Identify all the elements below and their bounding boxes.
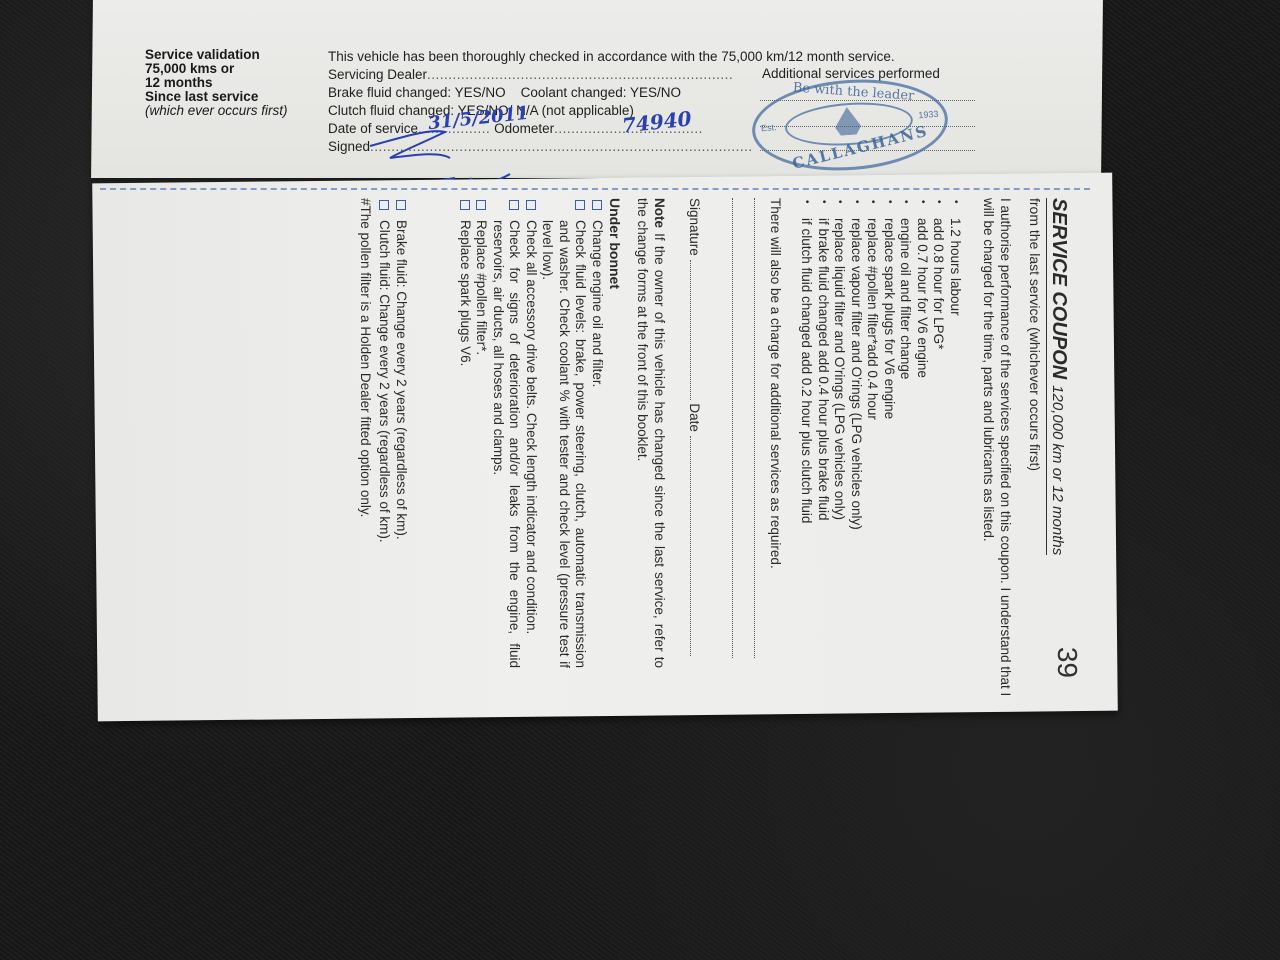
heading-line: 75,000 kms or xyxy=(145,62,288,76)
under-bonnet-heading: Under bonnet xyxy=(607,198,624,289)
list-item: replace liquid filter and O'rings (LPG v… xyxy=(831,198,848,530)
list-item: replace spark plugs for V6 engine xyxy=(881,198,898,530)
validation-intro: This vehicle has been thoroughly checked… xyxy=(328,48,978,66)
heading-line: Since last service xyxy=(145,90,288,104)
checklist-text: Check for signs of deterioration and/or … xyxy=(491,220,523,668)
checklist-item: Check fluid levels: brake, power steerin… xyxy=(539,198,589,668)
checklist-text: Clutch fluid: Change every 2 years (rega… xyxy=(378,220,393,543)
checkbox[interactable] xyxy=(592,200,602,210)
under-bonnet-checklist: Change engine oil and filter. Check flui… xyxy=(457,198,606,668)
heading-line: 12 months xyxy=(145,76,288,90)
list-item: replace vapour filter and O'rings (LPG v… xyxy=(848,198,865,530)
signature-label: Signature xyxy=(687,198,702,256)
checkbox[interactable] xyxy=(380,200,390,210)
additional-services-label: Additional services performed xyxy=(762,66,940,81)
checklist-text: Brake fluid: Change every 2 years (regar… xyxy=(394,220,409,540)
heading-line: Service validation xyxy=(145,48,288,62)
list-item: if brake fluid changed add 0.4 hour plus… xyxy=(815,198,832,530)
signature-date-row: Signature Date xyxy=(686,198,704,658)
service-validation-heading: Service validation 75,000 kms or 12 mont… xyxy=(145,48,288,118)
list-item: replace #pollen filter*add 0.4 hour xyxy=(864,198,881,530)
checklist-item: Replace #pollen filter*. xyxy=(473,198,490,668)
checklist-item: Check for signs of deterioration and/or … xyxy=(490,198,523,668)
checklist-item: Change engine oil and filter. xyxy=(589,198,606,668)
checklist-item: Check all accessory drive belts. Check l… xyxy=(523,198,540,668)
checkbox[interactable] xyxy=(396,200,406,210)
checklist-text: Change engine oil and filter. xyxy=(590,220,605,387)
stamp-slogan: Be with the leader xyxy=(792,80,914,103)
fluid-schedule-list: Brake fluid: Change every 2 years (regar… xyxy=(376,198,409,543)
checkbox[interactable] xyxy=(526,200,536,210)
labour-list: 1.2 hours labour add 0.8 hour for LPG* a… xyxy=(798,198,963,530)
date-label: Date xyxy=(687,403,702,432)
checklist-item: Clutch fluid: Change every 2 years (rega… xyxy=(376,198,393,543)
list-item: 1.2 hours labour xyxy=(947,198,964,530)
checklist-item: Brake fluid: Change every 2 years (regar… xyxy=(393,198,410,543)
checklist-text: Check fluid levels: brake, power steerin… xyxy=(541,220,589,668)
servicing-dealer-label: Servicing Dealer xyxy=(328,67,427,82)
list-item: add 0.7 hour for V6 engine xyxy=(914,198,931,530)
coupon-subtitle: from the last service (whichever occurs … xyxy=(1027,198,1044,471)
note-text: If the owner of this vehicle has changed… xyxy=(636,198,668,668)
coupon-title-main: SERVICE COUPON xyxy=(1048,198,1070,379)
coupon-title-interval: 120,000 km or 12 months xyxy=(1049,385,1066,555)
list-item: add 0.8 hour for LPG* xyxy=(930,198,947,530)
authorisation-text: I authorise performance of the services … xyxy=(980,198,1013,698)
perforation-line xyxy=(100,188,1090,190)
checkbox[interactable] xyxy=(576,200,586,210)
checklist-text: Check all accessory drive belts. Check l… xyxy=(524,220,539,634)
page-number: 39 xyxy=(1059,647,1076,678)
checklist-text: Replace spark plugs V6. xyxy=(458,220,473,366)
note-label: Note xyxy=(652,198,667,228)
additional-services-blank[interactable] xyxy=(754,198,755,658)
checkbox[interactable] xyxy=(477,200,487,210)
checklist-text: Replace #pollen filter*. xyxy=(475,220,490,355)
pollen-filter-footnote: #The pollen filter is a Holden Dealer fi… xyxy=(357,198,374,517)
additional-services-blank[interactable] xyxy=(732,198,733,658)
list-item: if clutch fluid changed add 0.2 hour plu… xyxy=(798,198,815,530)
checkbox[interactable] xyxy=(460,200,470,210)
additional-charge-text: There will also be a charge for addition… xyxy=(767,198,784,569)
servicing-dealer-blank: ........................................… xyxy=(427,67,733,82)
service-coupon: 39 SERVICE COUPON120,000 km or 12 months… xyxy=(165,198,1085,698)
stamp-est: Est. xyxy=(761,122,777,133)
signature-blank[interactable] xyxy=(690,260,703,400)
ownership-note: Note If the owner of this vehicle has ch… xyxy=(634,198,667,668)
date-blank[interactable] xyxy=(690,436,703,656)
checklist-item: Replace spark plugs V6. xyxy=(457,198,474,668)
stamp-year: 1933 xyxy=(918,109,939,120)
coolant-field[interactable]: Coolant changed: YES/NO xyxy=(521,85,681,100)
checkbox[interactable] xyxy=(510,200,520,210)
coupon-title: SERVICE COUPON120,000 km or 12 months xyxy=(1047,198,1068,555)
brake-fluid-field[interactable]: Brake fluid changed: YES/NO xyxy=(328,85,506,100)
list-item: engine oil and filter change xyxy=(897,198,914,530)
heading-note: (which ever occurs first) xyxy=(145,104,288,118)
